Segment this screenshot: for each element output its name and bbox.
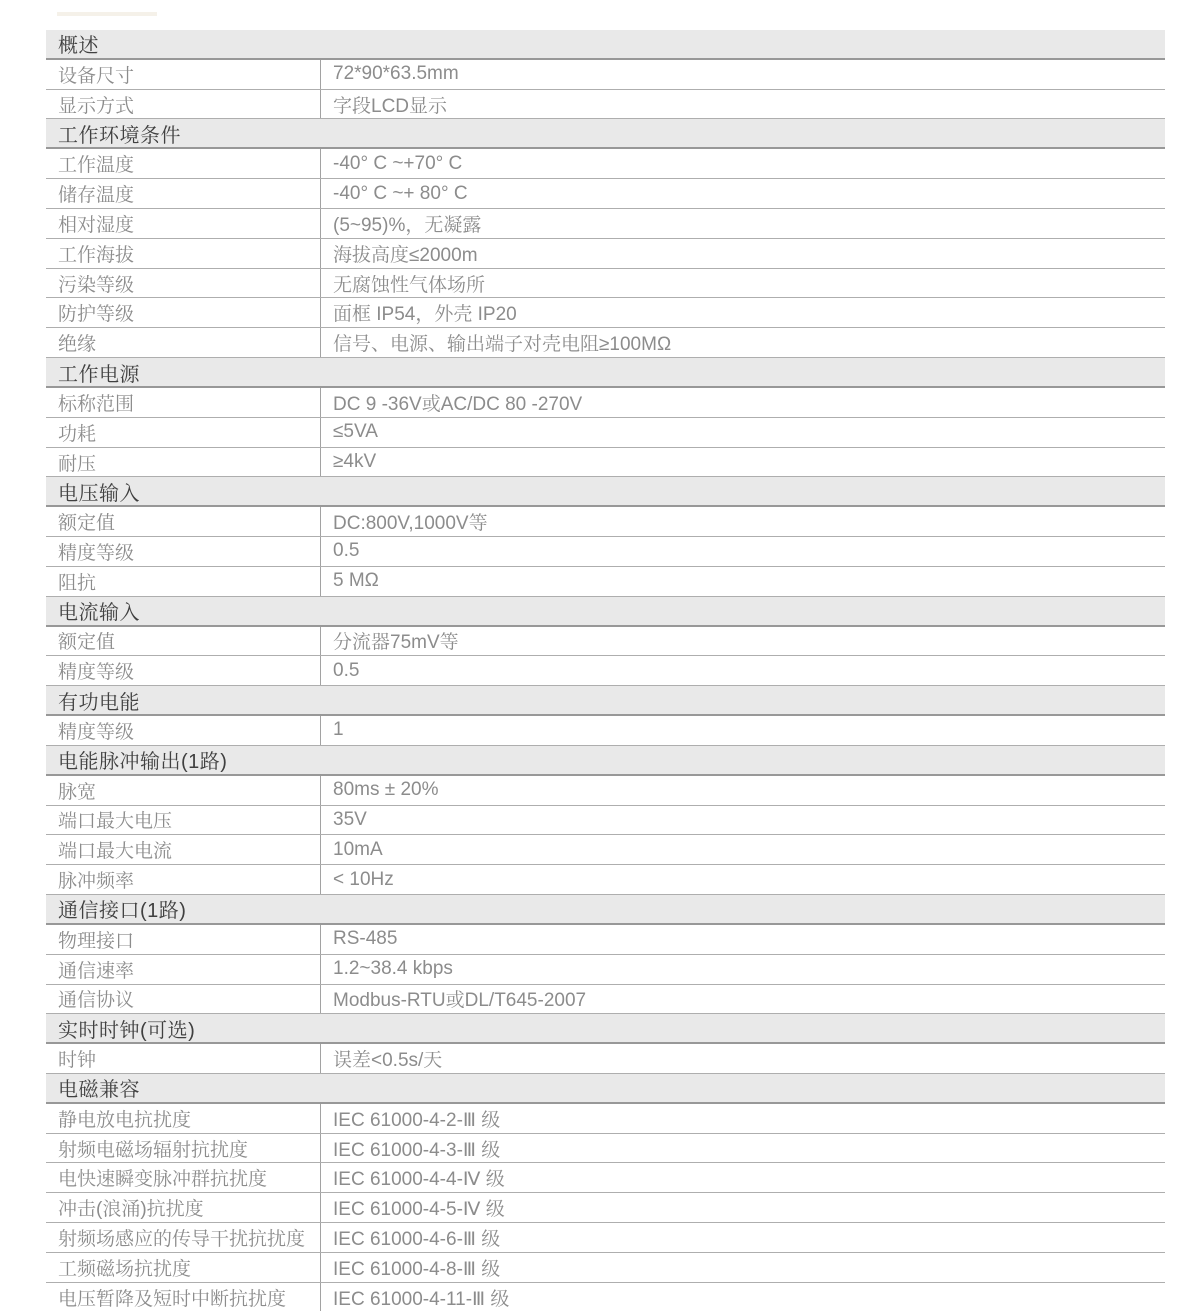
spec-value: 误差<0.5s/天 <box>321 1044 1165 1073</box>
section-title: 电压输入 <box>58 477 140 506</box>
spec-label: 设备尺寸 <box>46 60 321 89</box>
spec-value: 信号、电源、输出端子对壳电阻≥100MΩ <box>321 328 1165 357</box>
spec-table: 概述设备尺寸72*90*63.5mm显示方式字段LCD显示工作环境条件工作温度-… <box>46 30 1165 1311</box>
spec-value: DC:800V,1000V等 <box>321 507 1165 536</box>
spec-row: 耐压≥4kV <box>46 448 1165 478</box>
spec-value: 1.2~38.4 kbps <box>321 955 1165 984</box>
spec-row: 额定值分流器75mV等 <box>46 627 1165 657</box>
spec-row: 电压暂降及短时中断抗扰度IEC 61000-4-11-Ⅲ 级 <box>46 1283 1165 1311</box>
spec-label: 防护等级 <box>46 298 321 327</box>
spec-value: 1 <box>321 716 1165 745</box>
spec-row: 时钟误差<0.5s/天 <box>46 1044 1165 1074</box>
spec-label: 储存温度 <box>46 179 321 208</box>
spec-value: 72*90*63.5mm <box>321 60 1165 89</box>
spec-value: < 10Hz <box>321 865 1165 894</box>
section-header-current-input: 电流输入 <box>46 597 1165 627</box>
spec-value: -40° C ~+ 80° C <box>321 179 1165 208</box>
spec-label: 静电放电抗扰度 <box>46 1104 321 1133</box>
spec-page: 概述设备尺寸72*90*63.5mm显示方式字段LCD显示工作环境条件工作温度-… <box>0 0 1200 1311</box>
spec-row: 污染等级无腐蚀性气体场所 <box>46 269 1165 299</box>
spec-label: 通信速率 <box>46 955 321 984</box>
spec-row: 精度等级0.5 <box>46 537 1165 567</box>
spec-value: 面框 IP54，外壳 IP20 <box>321 298 1165 327</box>
spec-value: (5~95)%，无凝露 <box>321 209 1165 238</box>
section-header-overview: 概述 <box>46 30 1165 60</box>
spec-label: 端口最大电流 <box>46 835 321 864</box>
spec-row: 物理接口RS-485 <box>46 925 1165 955</box>
spec-label: 绝缘 <box>46 328 321 357</box>
spec-value: 字段LCD显示 <box>321 90 1165 119</box>
spec-value: DC 9 -36V或AC/DC 80 -270V <box>321 388 1165 417</box>
spec-row: 端口最大电流10mA <box>46 835 1165 865</box>
spec-value: -40° C ~+70° C <box>321 149 1165 178</box>
spec-row: 脉宽80ms ± 20% <box>46 776 1165 806</box>
spec-label: 额定值 <box>46 507 321 536</box>
spec-row: 电快速瞬变脉冲群抗扰度IEC 61000-4-4-Ⅳ 级 <box>46 1163 1165 1193</box>
spec-value: 80ms ± 20% <box>321 776 1165 805</box>
spec-row: 冲击(浪涌)抗扰度IEC 61000-4-5-Ⅳ 级 <box>46 1193 1165 1223</box>
section-title: 通信接口(1路) <box>58 894 186 923</box>
section-header-communication-interface: 通信接口(1路) <box>46 895 1165 925</box>
spec-row: 绝缘信号、电源、输出端子对壳电阻≥100MΩ <box>46 328 1165 358</box>
spec-value: IEC 61000-4-6-Ⅲ 级 <box>321 1223 1165 1252</box>
spec-value: IEC 61000-4-8-Ⅲ 级 <box>321 1253 1165 1282</box>
spec-value: IEC 61000-4-2-Ⅲ 级 <box>321 1104 1165 1133</box>
section-title: 工作电源 <box>58 358 140 387</box>
spec-row: 设备尺寸72*90*63.5mm <box>46 60 1165 90</box>
section-header-power-supply: 工作电源 <box>46 358 1165 388</box>
spec-row: 工作温度-40° C ~+70° C <box>46 149 1165 179</box>
spec-label: 工作海拔 <box>46 239 321 268</box>
spec-value: 5 MΩ <box>321 567 1165 596</box>
spec-label: 显示方式 <box>46 90 321 119</box>
spec-label: 脉宽 <box>46 776 321 805</box>
spec-label: 电压暂降及短时中断抗扰度 <box>46 1283 321 1311</box>
spec-value: 35V <box>321 806 1165 835</box>
spec-row: 储存温度-40° C ~+ 80° C <box>46 179 1165 209</box>
spec-label: 端口最大电压 <box>46 806 321 835</box>
spec-row: 通信协议Modbus-RTU或DL/T645-2007 <box>46 985 1165 1015</box>
spec-label: 相对湿度 <box>46 209 321 238</box>
spec-row: 精度等级0.5 <box>46 656 1165 686</box>
spec-row: 防护等级面框 IP54，外壳 IP20 <box>46 298 1165 328</box>
spec-row: 脉冲频率< 10Hz <box>46 865 1165 895</box>
spec-row: 通信速率1.2~38.4 kbps <box>46 955 1165 985</box>
spec-row: 工作海拔海拔高度≤2000m <box>46 239 1165 269</box>
spec-value: 海拔高度≤2000m <box>321 239 1165 268</box>
spec-row: 射频场感应的传导干扰抗扰度IEC 61000-4-6-Ⅲ 级 <box>46 1223 1165 1253</box>
section-header-operating-environment: 工作环境条件 <box>46 119 1165 149</box>
section-title: 实时时钟(可选) <box>58 1014 195 1043</box>
spec-label: 污染等级 <box>46 269 321 298</box>
spec-value: ≥4kV <box>321 448 1165 477</box>
spec-label: 物理接口 <box>46 925 321 954</box>
spec-value: 0.5 <box>321 537 1165 566</box>
scan-artifact <box>57 12 157 16</box>
section-title: 工作环境条件 <box>58 119 181 148</box>
spec-label: 精度等级 <box>46 716 321 745</box>
spec-row: 端口最大电压35V <box>46 806 1165 836</box>
spec-label: 射频电磁场辐射抗扰度 <box>46 1134 321 1163</box>
spec-row: 相对湿度(5~95)%，无凝露 <box>46 209 1165 239</box>
section-title: 电能脉冲输出(1路) <box>58 745 227 774</box>
spec-value: IEC 61000-4-4-Ⅳ 级 <box>321 1163 1165 1192</box>
spec-label: 阻抗 <box>46 567 321 596</box>
spec-row: 工频磁场抗扰度IEC 61000-4-8-Ⅲ 级 <box>46 1253 1165 1283</box>
spec-label: 耐压 <box>46 448 321 477</box>
spec-value: Modbus-RTU或DL/T645-2007 <box>321 985 1165 1014</box>
spec-label: 电快速瞬变脉冲群抗扰度 <box>46 1163 321 1192</box>
spec-label: 功耗 <box>46 418 321 447</box>
spec-label: 通信协议 <box>46 985 321 1014</box>
spec-value: 10mA <box>321 835 1165 864</box>
section-header-emc: 电磁兼容 <box>46 1074 1165 1104</box>
spec-label: 工频磁场抗扰度 <box>46 1253 321 1282</box>
spec-value: 分流器75mV等 <box>321 627 1165 656</box>
spec-value: 0.5 <box>321 656 1165 685</box>
spec-label: 冲击(浪涌)抗扰度 <box>46 1193 321 1222</box>
spec-label: 工作温度 <box>46 149 321 178</box>
spec-row: 显示方式字段LCD显示 <box>46 90 1165 120</box>
spec-row: 射频电磁场辐射抗扰度IEC 61000-4-3-Ⅲ 级 <box>46 1134 1165 1164</box>
spec-row: 功耗≤5VA <box>46 418 1165 448</box>
spec-value: 无腐蚀性气体场所 <box>321 269 1165 298</box>
spec-row: 静电放电抗扰度IEC 61000-4-2-Ⅲ 级 <box>46 1104 1165 1134</box>
spec-label: 脉冲频率 <box>46 865 321 894</box>
section-title: 电流输入 <box>58 596 140 625</box>
spec-label: 额定值 <box>46 627 321 656</box>
spec-row: 标称范围DC 9 -36V或AC/DC 80 -270V <box>46 388 1165 418</box>
section-header-voltage-input: 电压输入 <box>46 477 1165 507</box>
section-header-active-energy: 有功电能 <box>46 686 1165 716</box>
spec-label: 时钟 <box>46 1044 321 1073</box>
spec-value: RS-485 <box>321 925 1165 954</box>
spec-value: IEC 61000-4-3-Ⅲ 级 <box>321 1134 1165 1163</box>
spec-row: 阻抗5 MΩ <box>46 567 1165 597</box>
spec-value: ≤5VA <box>321 418 1165 447</box>
section-title: 概述 <box>58 29 99 58</box>
spec-label: 精度等级 <box>46 537 321 566</box>
spec-value: IEC 61000-4-11-Ⅲ 级 <box>321 1283 1165 1311</box>
spec-row: 额定值DC:800V,1000V等 <box>46 507 1165 537</box>
section-title: 有功电能 <box>58 686 140 715</box>
section-header-energy-pulse-output: 电能脉冲输出(1路) <box>46 746 1165 776</box>
spec-row: 精度等级1 <box>46 716 1165 746</box>
spec-label: 射频场感应的传导干扰抗扰度 <box>46 1223 321 1252</box>
section-title: 电磁兼容 <box>58 1073 140 1102</box>
spec-value: IEC 61000-4-5-Ⅳ 级 <box>321 1193 1165 1222</box>
section-header-real-time-clock: 实时时钟(可选) <box>46 1014 1165 1044</box>
spec-label: 标称范围 <box>46 388 321 417</box>
spec-label: 精度等级 <box>46 656 321 685</box>
